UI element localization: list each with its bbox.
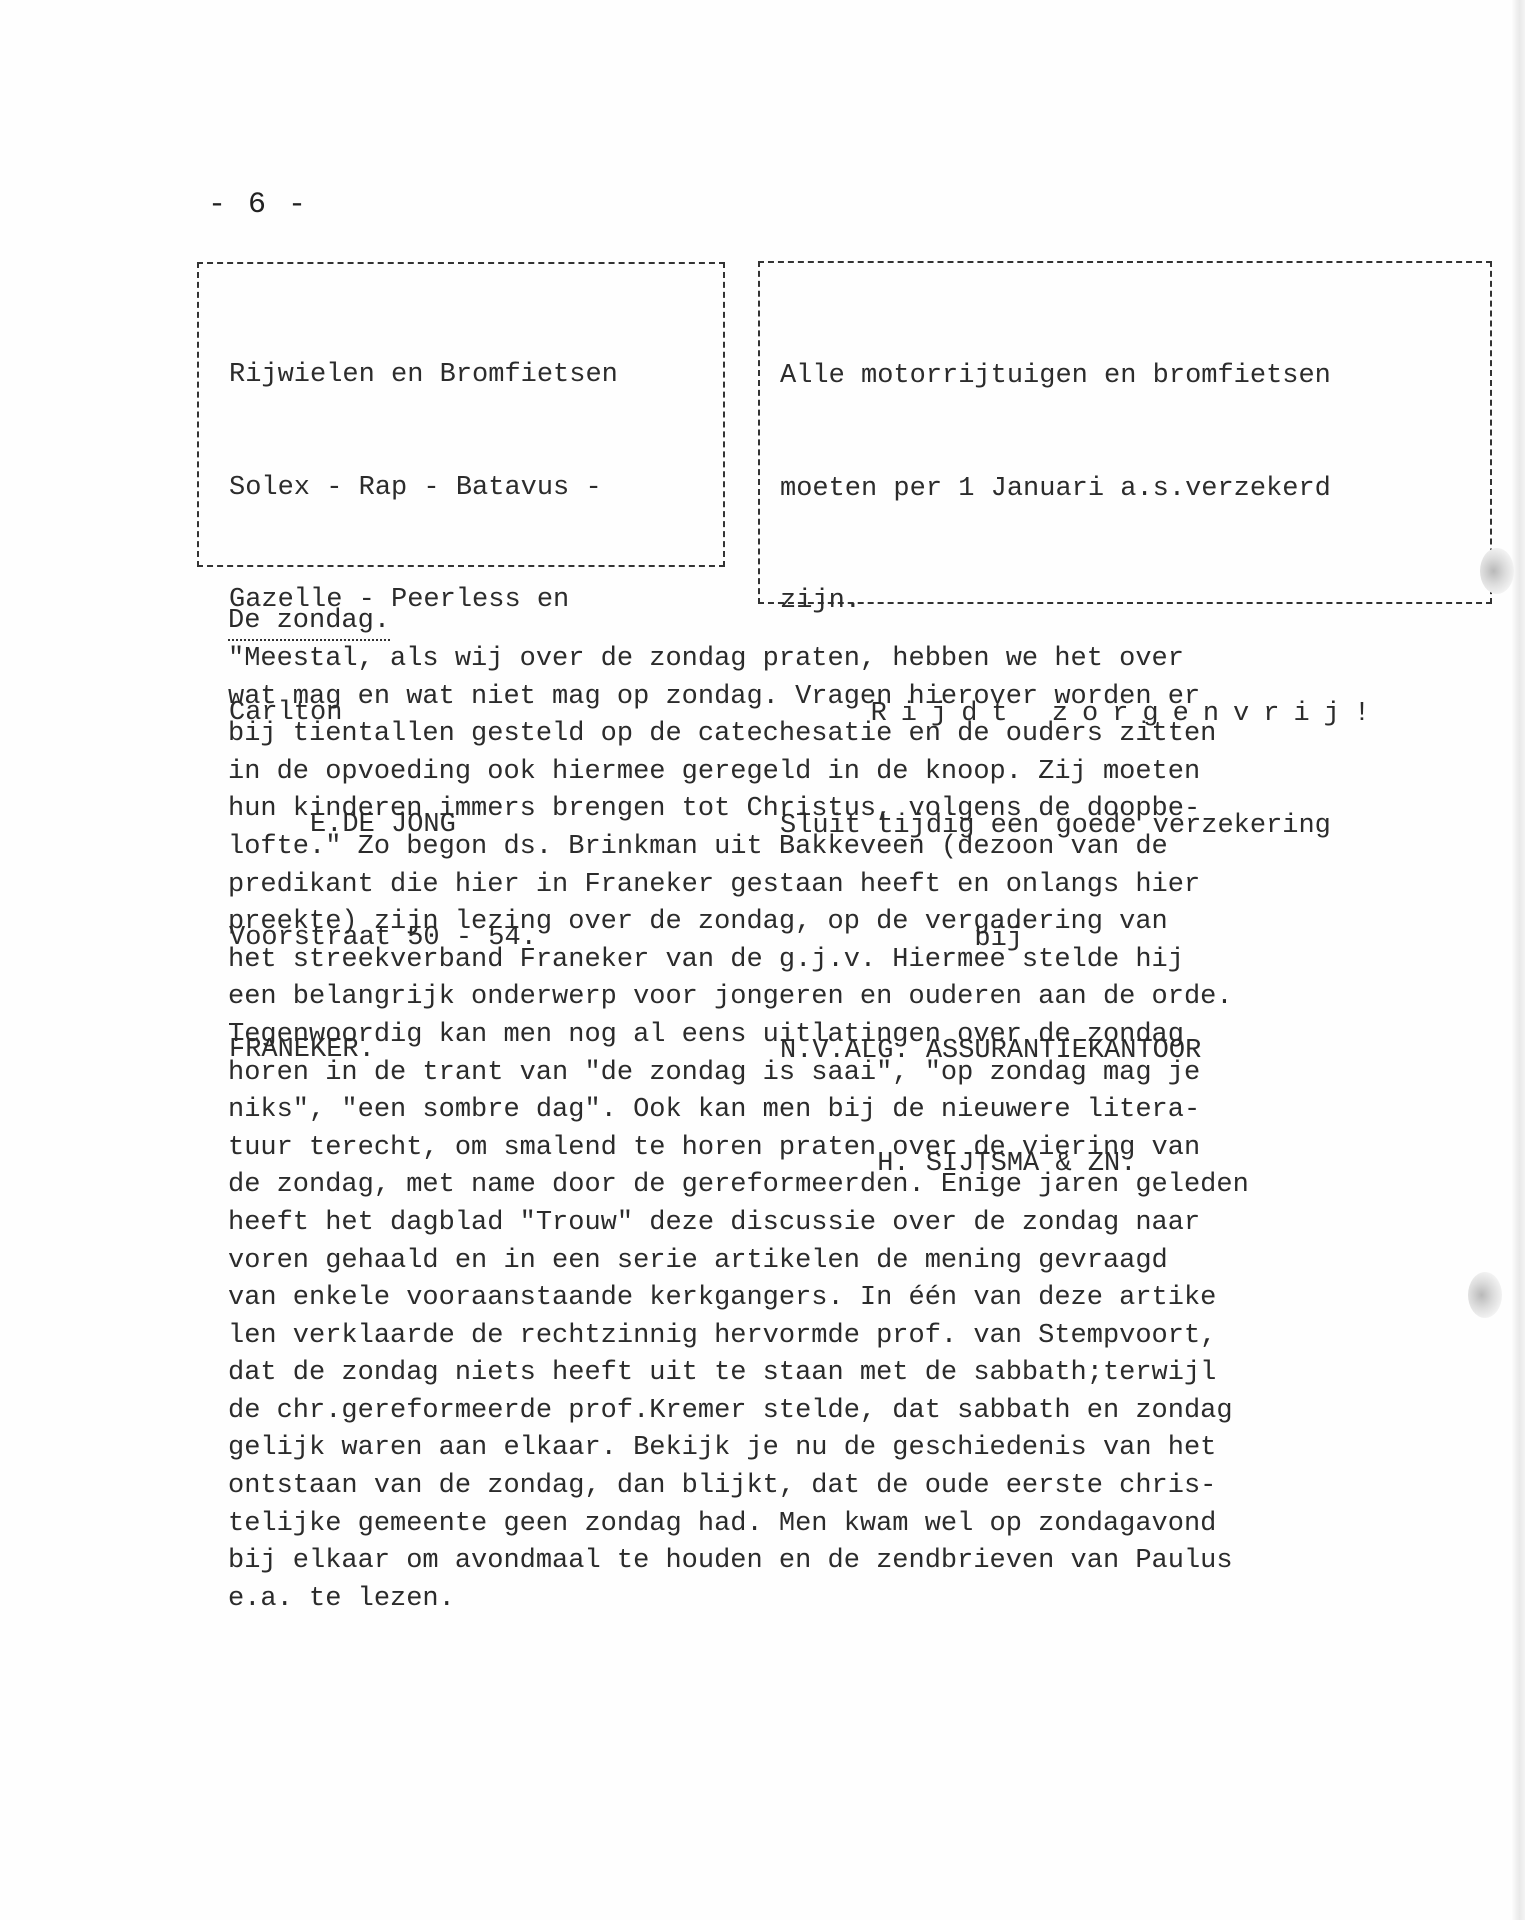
article-line: van enkele vooraanstaande kerkgangers. I… [228,1280,1518,1318]
article-line: een belangrijk onderwerp voor jongeren e… [228,979,1518,1017]
article-line: heeft het dagblad "Trouw" deze discussie… [228,1205,1518,1243]
article-line: ontstaan van de zondag, dan blijkt, dat … [228,1468,1518,1506]
article-line: in de opvoeding ook hiermee geregeld in … [228,754,1518,792]
ad-line: Solex - Rap - Batavus - [229,470,723,508]
article-line: Tegenwoordig kan men nog al eens uitlati… [228,1017,1518,1055]
article-line: e.a. te lezen. [228,1581,1518,1619]
article-line: het streekverband Franeker van de g.j.v.… [228,942,1518,980]
article-line: niks", "een sombre dag". Ook kan men bij… [228,1092,1518,1130]
scanned-page: - 6 - Rijwielen en Bromfietsen Solex - R… [0,0,1525,1920]
article-line: hun kinderen immers brengen tot Christus… [228,791,1518,829]
punch-hole [1468,1272,1502,1318]
article-line: len verklaarde de rechtzinnig hervormde … [228,1318,1518,1356]
punch-hole [1480,548,1514,594]
article-line: bij tientallen gesteld op de catechesati… [228,716,1518,754]
article-line: "Meestal, als wij over de zondag praten,… [228,641,1518,679]
article-line: horen in de trant van "de zondag is saai… [228,1055,1518,1093]
article-line: dat de zondag niets heeft uit te staan m… [228,1355,1518,1393]
article-line: predikant die hier in Franeker gestaan h… [228,867,1518,905]
article: De zondag. "Meestal, als wij over de zon… [228,603,1518,1618]
ad-line: Rijwielen en Bromfietsen [229,357,723,395]
article-line: tuur terecht, om smalend te horen praten… [228,1130,1518,1168]
advertisement-de-jong: Rijwielen en Bromfietsen Solex - Rap - B… [197,262,725,567]
article-line: preekte) zijn lezing over de zondag, op … [228,904,1518,942]
article-line: de zondag, met name door de gereformeerd… [228,1167,1518,1205]
ad-line: Alle motorrijtuigen en bromfietsen [780,358,1490,396]
article-line: wat mag en wat niet mag op zondag. Vrage… [228,679,1518,717]
article-line: bij elkaar om avondmaal te houden en de … [228,1543,1518,1581]
advertisement-sijtsma: Alle motorrijtuigen en bromfietsen moete… [758,261,1492,604]
article-body: "Meestal, als wij over de zondag praten,… [228,641,1518,1618]
article-line: voren gehaald en in een serie artikelen … [228,1243,1518,1281]
page-number: - 6 - [208,188,308,222]
ad-line: moeten per 1 Januari a.s.verzekerd [780,471,1490,509]
article-line: gelijk waren aan elkaar. Bekijk je nu de… [228,1430,1518,1468]
article-title: De zondag. [228,603,390,641]
article-line: de chr.gereformeerde prof.Kremer stelde,… [228,1393,1518,1431]
article-line: lofte." Zo begon ds. Brinkman uit Bakkev… [228,829,1518,867]
article-line: telijke gemeente geen zondag had. Men kw… [228,1506,1518,1544]
